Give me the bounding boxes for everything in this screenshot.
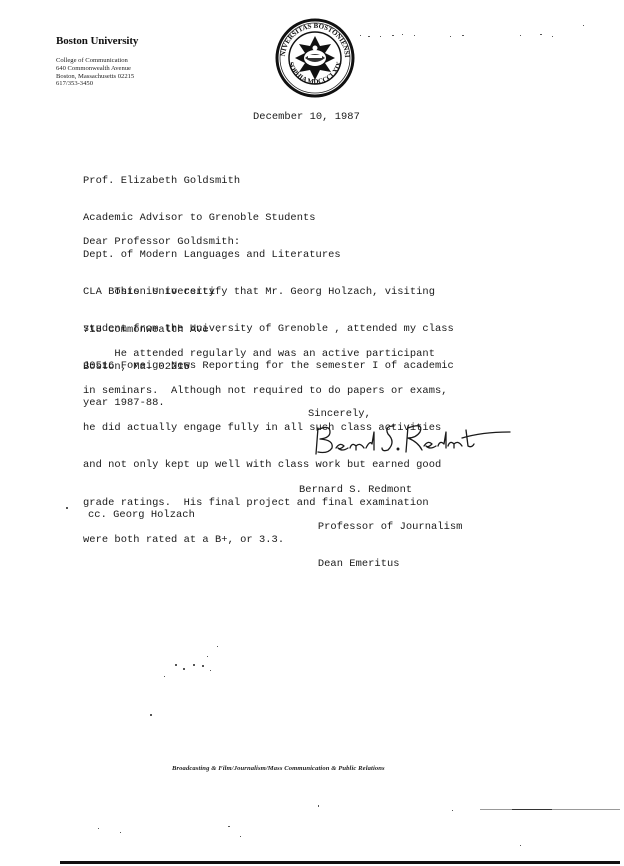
body-line: He attended regularly and was an active … (83, 348, 448, 360)
address-line: 617/353-3450 (56, 80, 134, 88)
recipient-line: Prof. Elizabeth Goldsmith (83, 175, 341, 187)
cc-line: cc. Georg Holzach (88, 509, 195, 521)
letter-page: Boston University College of Communicati… (0, 0, 624, 866)
body-line: in seminars. Although not required to do… (83, 385, 448, 397)
address-line: 640 Commonwealth Avenue (56, 65, 134, 73)
handwritten-signature (312, 418, 512, 458)
recipient-line: Dept. of Modern Languages and Literature… (83, 249, 341, 261)
university-seal-icon: UNIVERSITAS BOSTONIENSIS SOPHIA MDCCCLXI… (275, 18, 355, 98)
salutation: Dear Professor Goldsmith: (83, 236, 240, 248)
signer-name: Bernard S. Redmont (299, 484, 462, 496)
letterhead-address: College of Communication 640 Commonwealt… (56, 57, 134, 88)
address-line: College of Communication (56, 57, 134, 65)
address-line: Boston, Massachusetts 02215 (56, 73, 134, 81)
signer-title: Dean Emeritus (299, 558, 462, 570)
institution-name: Boston University (56, 35, 138, 47)
recipient-line: Academic Advisor to Grenoble Students (83, 212, 341, 224)
letterhead-footer: Broadcasting & Film/Journalism/Mass Comm… (172, 765, 385, 772)
signature-block: Bernard S. Redmont Professor of Journali… (299, 459, 462, 595)
bottom-edge-rule (60, 861, 620, 864)
signer-title: Professor of Journalism (299, 521, 462, 533)
letter-date: December 10, 1987 (253, 111, 360, 123)
body-line: This is to certify that Mr. Georg Holzac… (83, 286, 454, 298)
